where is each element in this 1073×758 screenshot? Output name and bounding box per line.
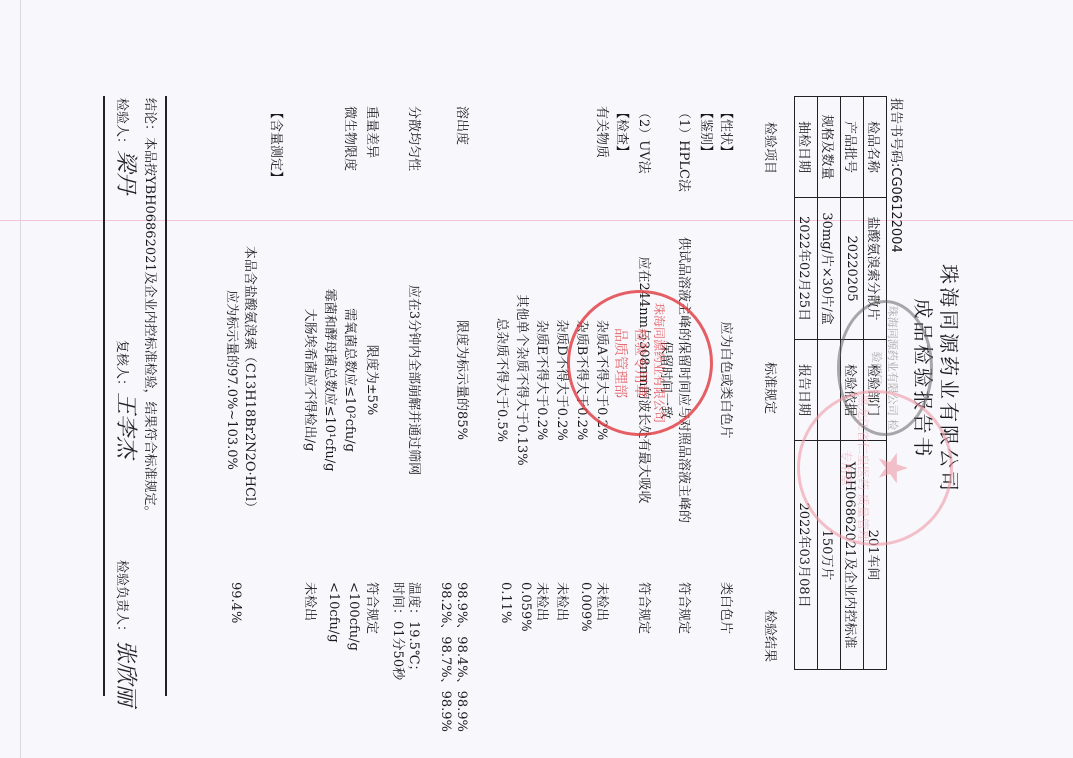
- inspector-label: 检验人：: [114, 98, 133, 150]
- signature-rule: [104, 96, 106, 696]
- row-result: 时间：01分50秒: [390, 582, 409, 680]
- row-result: 0.009%: [578, 582, 593, 632]
- customer-stamp: ★ 黑龙江省仁皇医药 质量管理专用章: [797, 390, 953, 546]
- row-result: <100cfu/g: [346, 582, 361, 651]
- report-number-label: 报告书号码:: [888, 98, 903, 167]
- row-result: 0.059%: [518, 582, 533, 632]
- report-number-value: CG06122004: [888, 167, 903, 252]
- spec: 30mg/片×30片/盒: [818, 198, 841, 340]
- row-result: 符合规定: [636, 582, 655, 634]
- row-item: 重量差异: [364, 106, 383, 158]
- row-standard: 应为标示量的97.0%~103.0%: [224, 230, 243, 530]
- row-result: 0.11%: [498, 582, 513, 623]
- row-item: 溶出度: [454, 106, 473, 145]
- row-item: 微生物限度: [342, 106, 361, 171]
- responsible-label: 检验负责人：: [114, 560, 133, 638]
- row-standard: 总杂质不得大于0.5%: [494, 230, 513, 530]
- row-item: 有关物质: [594, 106, 613, 158]
- row-result: 未检出: [534, 582, 553, 621]
- row-result: <10cfu/g: [326, 582, 341, 643]
- row-standard: 大肠埃希菌应不得检出/g: [302, 230, 321, 530]
- company-name: 珠海同源药业有限公司: [936, 0, 965, 758]
- conclusion-rule: [166, 96, 168, 696]
- row-item: 【含量测定】: [268, 106, 287, 184]
- qa-stamp-line1: 珠海同源药业有限公司: [652, 303, 669, 423]
- qa-stamp: 珠海同源药业有限公司 检验专用章 品质管理部: [567, 290, 713, 436]
- product-name-label: 检品名称: [864, 97, 887, 198]
- col-item: 检验项目: [762, 122, 781, 174]
- report-number: 报告书号码:CG06122004: [888, 98, 907, 253]
- page-edge: [20, 0, 21, 758]
- row-result: 99.4%: [228, 582, 243, 623]
- row-item: 【鉴别】: [698, 106, 717, 158]
- sample-date: 2022年02月25日: [795, 198, 818, 340]
- inspector-signature: 梁丹: [112, 150, 143, 194]
- row-result: 未检出: [302, 582, 321, 621]
- row-result: 类白色片: [718, 582, 737, 634]
- conclusion: 结论：本品按YBH06862021及企业内控标准检验，结果符合标准规定。: [142, 98, 161, 519]
- row-result: 未检出: [554, 582, 573, 621]
- row-standard: 霉菌和酵母菌总数应≤10¹cfu/g: [322, 230, 341, 530]
- row-standard: 限度为±5%: [364, 230, 383, 530]
- responsible-signature: 张欣丽: [112, 640, 143, 706]
- col-standard: 标准规定: [762, 362, 781, 414]
- spec-label: 规格及数量: [818, 97, 841, 198]
- qa-stamp-line3: 品质管理部: [612, 328, 632, 398]
- row-standard: 其他单个杂质不得大于0.13%: [514, 230, 533, 530]
- row-item: （1）HPLC法: [676, 106, 695, 192]
- row-result: 未检出: [594, 582, 613, 621]
- row-item: 分散均匀性: [406, 106, 425, 171]
- row-standard: 本品含盐酸氨溴索（C13H18Br2N2O·HCl）: [242, 230, 261, 530]
- row-result: 符合规定: [676, 582, 695, 634]
- row-standard: 杂质E不得大于0.2%: [534, 230, 553, 530]
- row-result: 98.2%、98.7%、98.9%: [438, 582, 457, 732]
- star-icon: ★: [872, 450, 912, 486]
- row-result: 符合规定: [364, 582, 383, 634]
- customer-stamp-text: 黑龙江省仁皇医药 质量管理专用章: [838, 393, 872, 543]
- conclusion-label: 结论：: [142, 98, 157, 137]
- report-page: 珠海同源药业有限公司 成品检验报告书 报告书号码:CG06122004 检品名称…: [0, 0, 1073, 758]
- reviewer-signature: 王李杰: [112, 392, 143, 458]
- sample-date-label: 抽检日期: [795, 97, 818, 198]
- batch-label: 产品批号: [841, 97, 864, 198]
- reviewer-label: 复核人：: [114, 340, 133, 392]
- row-item: 【性状】: [718, 106, 737, 158]
- conclusion-text: 本品按YBH06862021及企业内控标准检验，结果符合标准规定。: [142, 137, 157, 519]
- row-standard: 应为白色或类白色片: [718, 230, 737, 530]
- qa-stamp-line2: 检验专用章: [632, 328, 652, 398]
- row-standard: 应在3分钟内全部崩解并通过筛网: [406, 230, 425, 530]
- row-item: （2）UV法: [636, 106, 655, 174]
- row-standard: 需氧菌总数应≤10²cfu/g: [342, 230, 361, 530]
- col-result: 检验结果: [762, 610, 781, 662]
- row-standard: 限度为标示量的85%: [454, 230, 473, 530]
- row-item: 【检查】: [614, 106, 633, 158]
